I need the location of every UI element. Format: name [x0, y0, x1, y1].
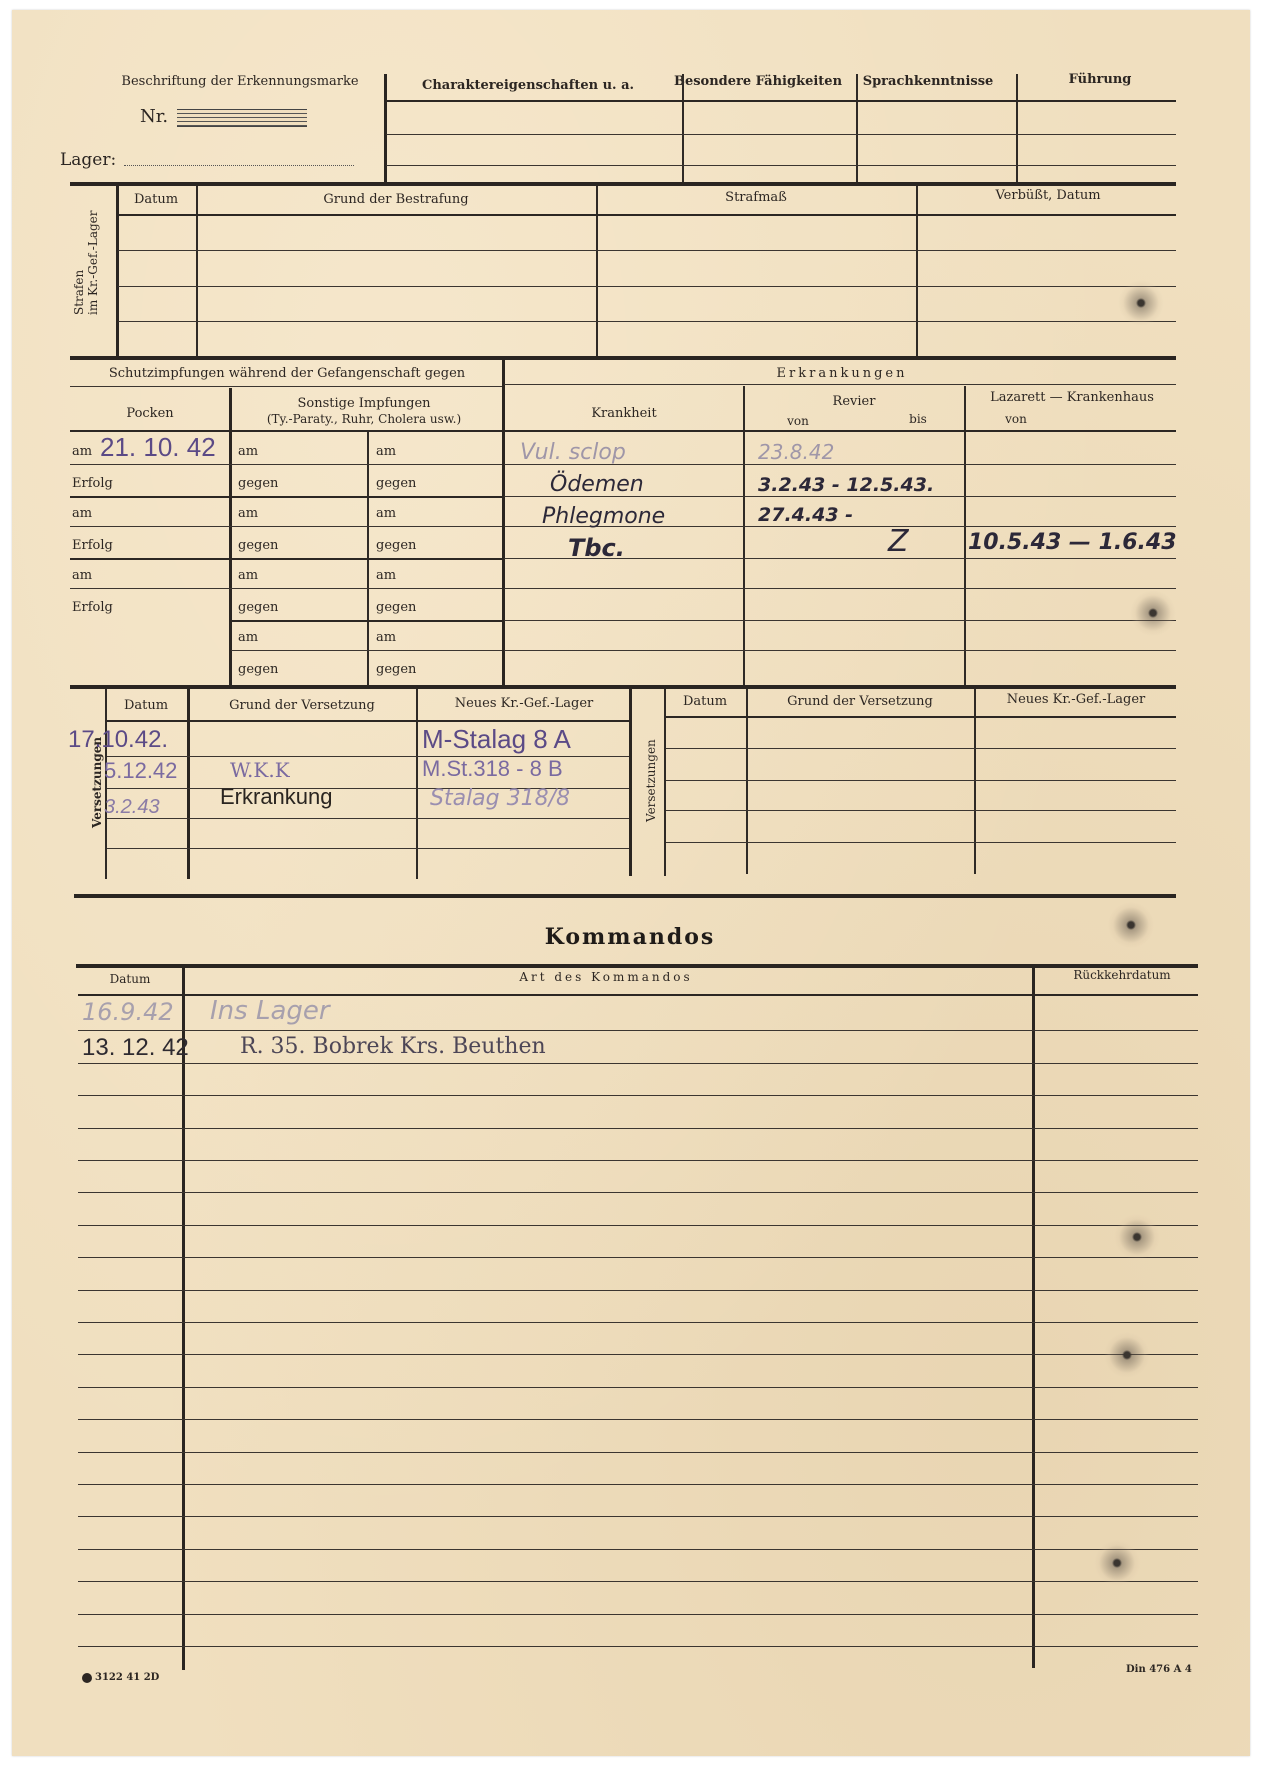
section-rule — [70, 685, 1176, 689]
section-rule — [70, 182, 1176, 186]
rule — [107, 848, 629, 849]
pocken-erfolg-label: Erfolg — [72, 476, 113, 491]
prisoner-record-card: Beschriftung der Erkennungsmarke Nr. Lag… — [12, 10, 1250, 1756]
versetzung-3-grund: Erkrankung — [220, 784, 333, 810]
col-datum: Datum — [110, 972, 151, 986]
pocken-erfolg-label: Erfolg — [72, 538, 113, 553]
sonstige-am: am — [376, 630, 396, 645]
versetzung-2-datum: 5.12.42 — [104, 758, 177, 784]
col-grund-versetzung: Grund der Versetzung — [229, 698, 375, 713]
rule — [107, 720, 629, 722]
revier-bis: bis — [909, 412, 927, 426]
nr-field[interactable] — [177, 109, 307, 127]
erkrankung-4-krankheit: Tbc. — [568, 534, 625, 562]
revier-von: von — [787, 414, 809, 428]
rule — [70, 464, 502, 465]
table-row-rule — [78, 1257, 1198, 1258]
divider — [116, 186, 119, 356]
punch-hole — [1104, 1332, 1150, 1378]
col-datum: Datum — [134, 192, 178, 207]
rule — [666, 716, 1176, 718]
versetzung-1-datum: 17.10.42. — [68, 726, 168, 754]
kommando-1-datum: 16.9.42 — [82, 998, 174, 1026]
lazarett-von: von — [1005, 412, 1027, 426]
rule — [504, 620, 1176, 621]
sonstige-gegen: gegen — [238, 600, 278, 615]
lager-field[interactable] — [124, 165, 354, 166]
col-datum-2: Datum — [683, 694, 727, 709]
erkrankung-1-krankheit: Vul. sclop — [520, 440, 626, 465]
table-row-rule — [78, 1160, 1198, 1161]
col-strafmass: Strafmaß — [725, 190, 787, 205]
sonstige-am: am — [238, 444, 258, 459]
table-row-rule — [78, 1614, 1198, 1615]
rule — [231, 620, 502, 622]
rule — [118, 214, 1176, 216]
erkrankung-3-krankheit: Phlegmone — [542, 504, 665, 529]
table-row-rule — [78, 1452, 1198, 1453]
pocken-erfolg-label: Erfolg — [72, 600, 113, 615]
table-row-rule — [78, 1290, 1198, 1291]
sonstige-gegen: gegen — [238, 662, 278, 677]
divider — [596, 186, 598, 356]
rule — [231, 650, 502, 651]
print-mark-icon — [82, 1673, 92, 1683]
col-datum: Datum — [124, 698, 168, 713]
sonstige-am: am — [238, 630, 258, 645]
table-row-rule — [78, 1516, 1198, 1517]
pocken-header: Pocken — [126, 406, 173, 421]
sonstige-am: am — [238, 568, 258, 583]
pocken-am-label: am — [72, 568, 92, 583]
divider — [1032, 964, 1035, 1668]
punch-hole — [1114, 1214, 1160, 1260]
din-label: Din 476 A 4 — [1126, 1664, 1192, 1675]
sonstige-gegen: gegen — [376, 476, 416, 491]
kommando-2-art: R. 35. Bobrek Krs. Beuthen — [240, 1034, 546, 1059]
col-verbuesst: Verbüßt, Datum — [995, 188, 1100, 203]
versetzung-1-lager: M-Stalag 8 A — [422, 724, 571, 755]
col-art-kommandos: Art des Kommandos — [519, 970, 692, 984]
col-neues-lager-2: Neues Kr.-Gef.-Lager — [1007, 692, 1146, 707]
rule — [70, 558, 502, 560]
krankheit-header: Krankheit — [591, 406, 656, 421]
rule — [118, 286, 1176, 287]
pocken-date-stamp: 21. 10. 42 — [100, 432, 216, 463]
nr-label: Nr. — [140, 106, 168, 127]
table-row-rule — [78, 1095, 1198, 1096]
versetzung-2-lager: M.St.318 - 8 B — [422, 756, 563, 782]
versetzungen-side-label-right: Versetzungen — [644, 739, 658, 822]
erkrankung-1-revier: 23.8.42 — [758, 440, 834, 464]
kommandos-title: Kommandos — [545, 924, 716, 950]
versetzung-3-lager: Stalag 318/8 — [430, 786, 570, 811]
col-faehigkeiten: Besondere Fähigkeiten — [674, 74, 842, 89]
divider — [196, 186, 198, 356]
sonstige-subheader: (Ty.-Paraty., Ruhr, Cholera usw.) — [267, 412, 461, 426]
table-row-rule — [78, 1030, 1198, 1031]
erkrankung-3-revier: 27.4.43 - — [758, 504, 853, 526]
divider — [916, 186, 918, 356]
col-fuehrung: Führung — [1069, 72, 1132, 87]
erkrankungen-title: Erkrankungen — [777, 366, 908, 381]
col-sprachen: Sprachkenntnisse — [863, 74, 994, 89]
rule — [504, 650, 1176, 651]
impfungen-title: Schutzimpfungen während der Gefangenscha… — [109, 366, 465, 381]
lazarett-header: Lazarett — Krankenhaus — [990, 390, 1154, 405]
punch-hole — [1118, 280, 1164, 326]
col-grund-versetzung-2: Grund der Versetzung — [787, 694, 933, 709]
table-row-rule — [78, 1646, 1198, 1647]
table-row-rule — [78, 1128, 1198, 1129]
rule — [666, 842, 1176, 843]
rule — [107, 818, 629, 819]
punch-hole — [1108, 902, 1154, 948]
col-rueckkehrdatum: Rückkehrdatum — [1073, 968, 1170, 982]
sonstige-gegen: gegen — [376, 538, 416, 553]
revier-header: Revier — [833, 394, 876, 409]
erkrankung-2-revier: 3.2.43 - 12.5.43. — [758, 474, 934, 496]
rule — [386, 165, 1176, 166]
pocken-am-label: am — [72, 506, 92, 521]
table-row-rule — [78, 1322, 1198, 1323]
rule — [70, 526, 502, 527]
table-row-rule — [78, 1484, 1198, 1485]
erkrankung-4-revier: Z — [888, 524, 909, 559]
sonstige-gegen: gegen — [376, 600, 416, 615]
sonstige-gegen: gegen — [238, 538, 278, 553]
sonstige-am: am — [376, 506, 396, 521]
sonstige-gegen: gegen — [238, 476, 278, 491]
rule — [70, 588, 502, 589]
table-row-rule — [78, 1387, 1198, 1388]
sonstige-am: am — [376, 444, 396, 459]
col-charakter: Charaktereigenschaften u. a. — [422, 78, 634, 93]
divider — [105, 689, 107, 879]
sonstige-am: am — [376, 568, 396, 583]
rule — [504, 430, 1176, 432]
pocken-am-label: am — [72, 444, 92, 459]
section-rule — [74, 894, 1176, 898]
rule — [70, 386, 502, 387]
versetzung-3-datum: 3.2.43 — [104, 796, 160, 819]
rule — [386, 100, 1176, 102]
divider — [229, 388, 232, 685]
table-row-rule — [78, 1192, 1198, 1193]
punch-hole — [1130, 590, 1176, 636]
rule — [666, 810, 1176, 811]
erkennungsmarke-label: Beschriftung der Erkennungsmarke — [121, 74, 358, 89]
sonstige-gegen: gegen — [376, 662, 416, 677]
divider — [629, 689, 632, 876]
section-rule — [70, 356, 1176, 360]
table-row-rule — [78, 1354, 1198, 1355]
col-neues-lager: Neues Kr.-Gef.-Lager — [455, 696, 594, 711]
kommando-1-art: Ins Lager — [210, 996, 330, 1026]
rule — [504, 384, 1176, 385]
rule — [118, 250, 1176, 251]
divider — [187, 689, 190, 879]
divider — [182, 968, 185, 1670]
versetzung-2-grund: W.K.K — [230, 758, 290, 782]
kommando-2-datum: 13. 12. 42 — [82, 1034, 189, 1062]
col-grund-bestrafung: Grund der Bestrafung — [323, 192, 468, 207]
table-row-rule — [78, 1581, 1198, 1582]
lager-label: Lager: — [60, 150, 116, 170]
print-code: 3122 41 2D — [82, 1672, 159, 1683]
table-row-rule — [78, 1225, 1198, 1226]
sonstige-am: am — [238, 506, 258, 521]
erkrankung-2-krankheit: Ödemen — [550, 472, 644, 497]
table-row-rule — [78, 1549, 1198, 1550]
rule — [70, 496, 502, 498]
erkrankung-4-lazarett: 10.5.43 — 1.6.43 — [968, 530, 1177, 555]
punch-hole — [1094, 1540, 1140, 1586]
table-row-rule — [78, 1419, 1198, 1420]
section-rule — [76, 964, 1198, 968]
table-row-rule — [78, 1063, 1198, 1064]
sonstige-header: Sonstige Impfungen — [297, 396, 430, 411]
rule — [666, 748, 1176, 749]
strafen-side-label: Strafenim Kr.-Gef.-Lager — [72, 211, 100, 316]
divider — [416, 689, 418, 879]
rule — [666, 780, 1176, 781]
rule — [118, 321, 1176, 322]
rule — [386, 134, 1176, 135]
rule — [504, 588, 1176, 589]
divider — [502, 360, 505, 685]
